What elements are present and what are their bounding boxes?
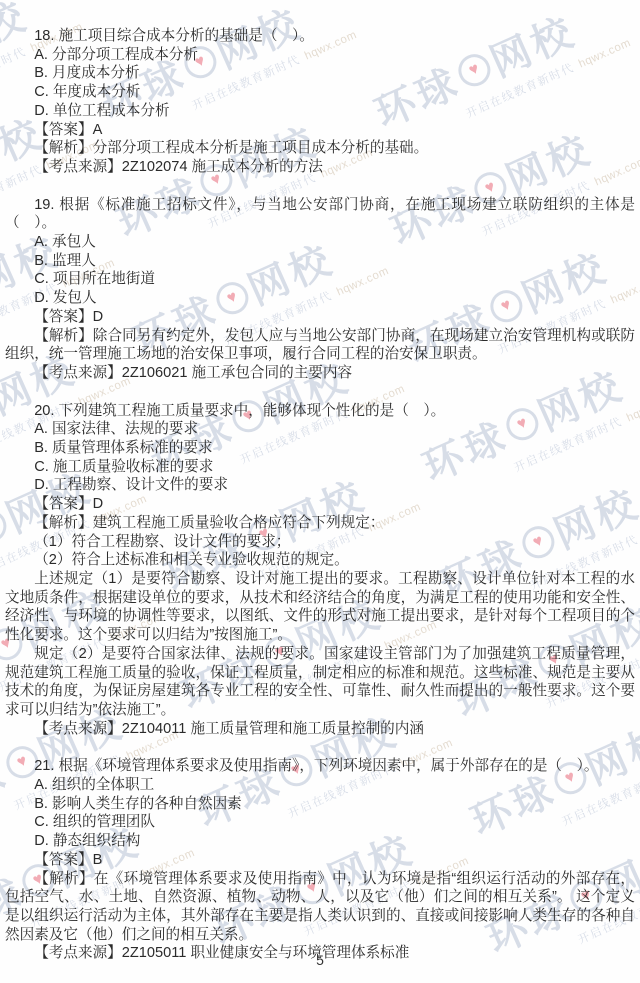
source-line: 【考点来源】2Z104011 施工质量管理和施工质量控制的内涵 [5, 720, 635, 739]
analysis-paragraph: 上述规定（1）是要符合勘察、设计对施工提出的要求。工程勘察、设计单位针对本工程的… [5, 570, 635, 645]
answer-line: 【答案】B [5, 851, 635, 870]
analysis-paragraph: 规定（2）是要符合国家法律、法规的要求。国家建设主管部门为了加强建筑工程质量管理… [5, 645, 635, 720]
option-c: C. 施工质量验收标准的要求 [5, 458, 635, 477]
option-c: C. 组织的管理团队 [5, 813, 635, 832]
option-a: A. 国家法律、法规的要求 [5, 420, 635, 439]
option-a: A. 分部分项工程成本分析 [5, 46, 635, 65]
analysis-paragraph: 【解析】在《环境管理体系要求及使用指南》中，认为环境是指“组织运行活动的外部存在… [5, 870, 635, 945]
question-block-21: 21. 根据《环境管理体系要求及使用指南》，下列环境因素中，属于外部存在的是（ … [5, 757, 635, 963]
question-stem: 20. 下列建筑工程施工质量要求中，能够体现个性化的是（ ）。 [5, 402, 635, 421]
source-line: 【考点来源】2Z106021 施工承包合同的主要内容 [5, 364, 635, 383]
page-number: 5 [316, 952, 324, 968]
option-d: D. 发包人 [5, 289, 635, 308]
question-stem: 19. 根据《标准施工招标文件》，与当地公安部门协商，在施工现场建立联防组织的主… [5, 196, 635, 233]
answer-line: 【答案】D [5, 308, 635, 327]
option-b: B. 监理人 [5, 252, 635, 271]
option-d: D. 单位工程成本分析 [5, 102, 635, 121]
option-c: C. 项目所在地街道 [5, 270, 635, 289]
analysis-paragraph: （1）符合工程勘察、设计文件的要求； [5, 533, 635, 552]
option-b: B. 质量管理体系标准的要求 [5, 439, 635, 458]
answer-line: 【答案】A [5, 121, 635, 140]
question-stem: 21. 根据《环境管理体系要求及使用指南》，下列环境因素中，属于外部存在的是（ … [5, 757, 635, 776]
question-block-18: 18. 施工项目综合成本分析的基础是（ ）。 A. 分部分项工程成本分析 B. … [5, 27, 635, 177]
option-a: A. 承包人 [5, 233, 635, 252]
option-a: A. 组织的全体职工 [5, 776, 635, 795]
option-c: C. 年度成本分析 [5, 83, 635, 102]
answer-line: 【答案】D [5, 495, 635, 514]
option-d: D. 工程勘察、设计文件的要求 [5, 476, 635, 495]
analysis-paragraph: （2）符合上述标准和相关专业验收规范的规定。 [5, 551, 635, 570]
question-block-20: 20. 下列建筑工程施工质量要求中，能够体现个性化的是（ ）。 A. 国家法律、… [5, 402, 635, 739]
exam-document-page: 环球♥网校开启在线教育新时代hqwx.com环球♥网校开启在线教育新时代hqwx… [0, 0, 640, 983]
option-b: B. 影响人类生存的各种自然因素 [5, 795, 635, 814]
source-line: 【考点来源】2Z102074 施工成本分析的方法 [5, 158, 635, 177]
analysis-paragraph: 【解析】除合同另有约定外，发包人应与当地公安部门协商，在现场建立治安管理机构或联… [5, 327, 635, 364]
analysis-paragraph: 【解析】分部分项工程成本分析是施工项目成本分析的基础。 [5, 139, 635, 158]
option-b: B. 月度成本分析 [5, 64, 635, 83]
page-footer: 5 [0, 952, 640, 968]
question-block-19: 19. 根据《标准施工招标文件》，与当地公安部门协商，在施工现场建立联防组织的主… [5, 196, 635, 383]
analysis-paragraph: 【解析】建筑工程施工质量验收合格应符合下列规定： [5, 514, 635, 533]
question-stem: 18. 施工项目综合成本分析的基础是（ ）。 [5, 27, 635, 46]
option-d: D. 静态组织结构 [5, 832, 635, 851]
exam-content: 18. 施工项目综合成本分析的基础是（ ）。 A. 分部分项工程成本分析 B. … [0, 0, 640, 963]
